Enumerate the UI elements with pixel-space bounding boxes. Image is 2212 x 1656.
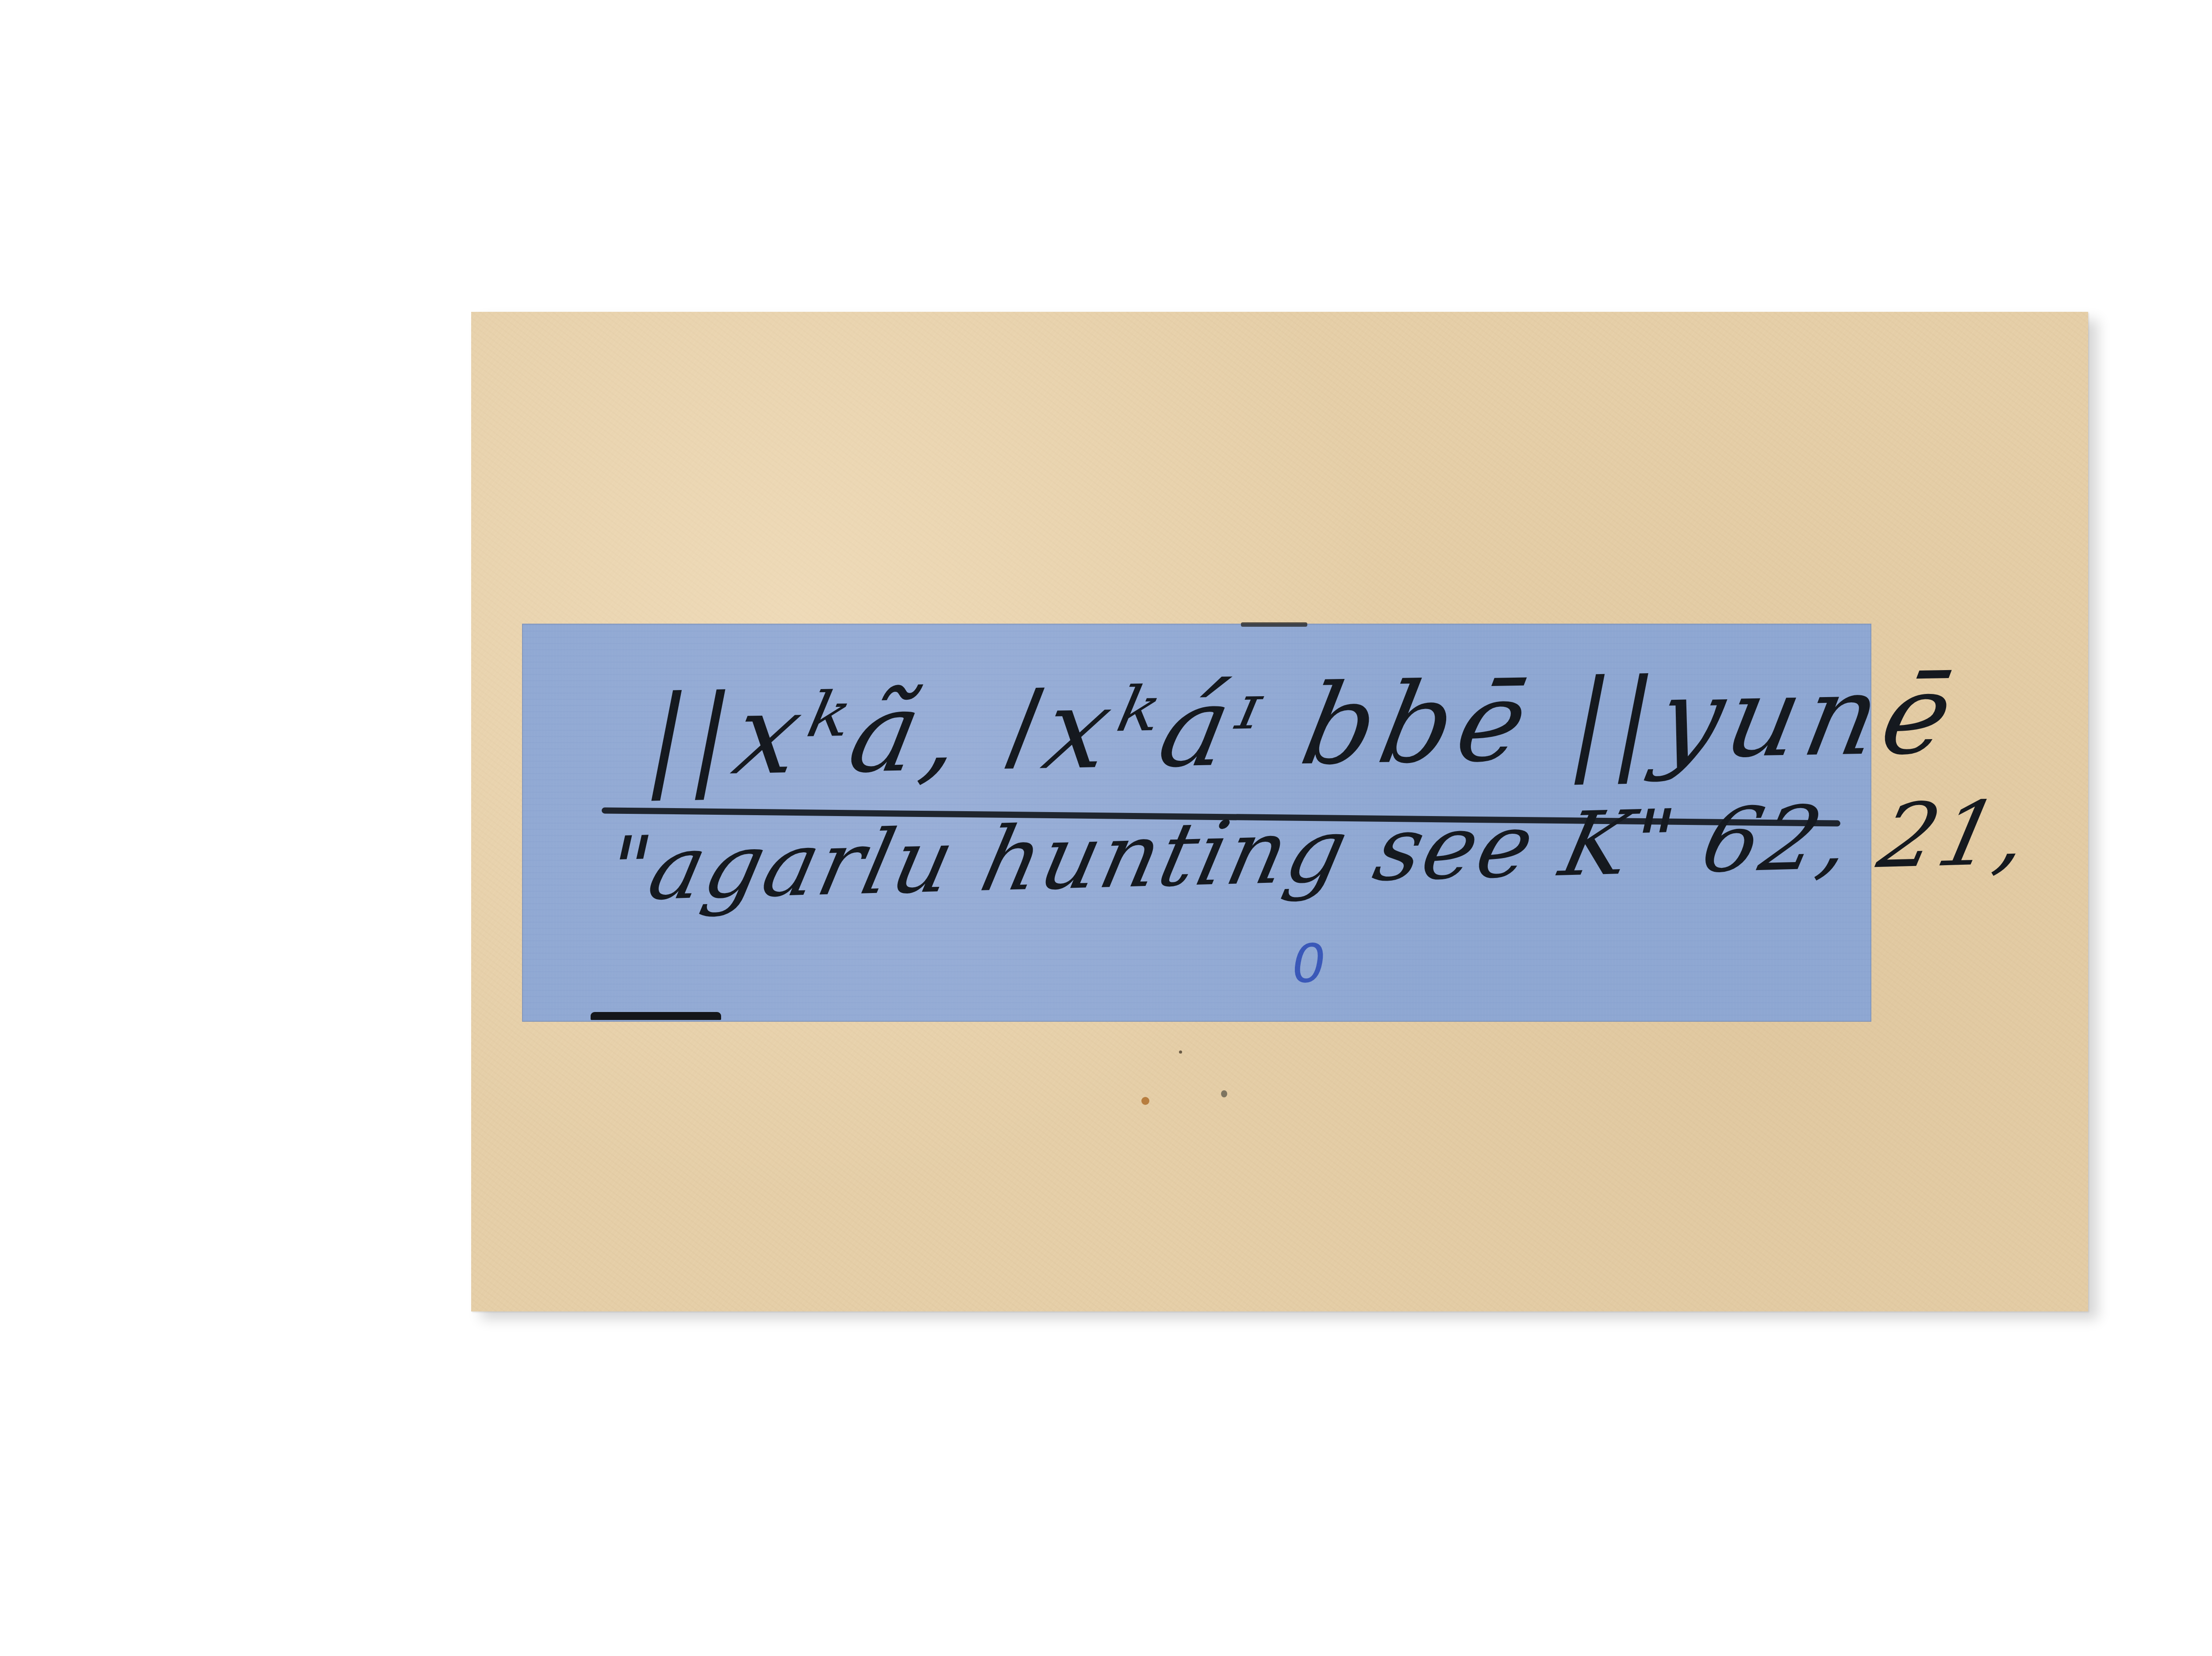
card-speck-gray bbox=[1221, 1090, 1227, 1097]
photo-background: ||xᵏã, ǀxᵏáᶦ bbē ||yunē "agarlu hunting … bbox=[0, 0, 2212, 1656]
index-card: ||xᵏã, ǀxᵏáᶦ bbē ||yunē "agarlu hunting … bbox=[471, 312, 2088, 1311]
card-speck-brown bbox=[1141, 1097, 1149, 1105]
card-speck-dot bbox=[1179, 1050, 1182, 1054]
handwritten-slip: ||xᵏã, ǀxᵏáᶦ bbē ||yunē "agarlu hunting … bbox=[522, 624, 1871, 1022]
pencil-mark: 0 bbox=[1286, 933, 1331, 995]
ink-smudge-bottom bbox=[591, 1012, 721, 1020]
ink-smudge-top bbox=[1241, 622, 1307, 627]
slip-line-1: ||xᵏã, ǀxᵏáᶦ bbē ||yunē bbox=[637, 650, 1969, 801]
slip-line-2: "agarlu hunting see K" 62, 21, bbox=[597, 782, 2040, 921]
